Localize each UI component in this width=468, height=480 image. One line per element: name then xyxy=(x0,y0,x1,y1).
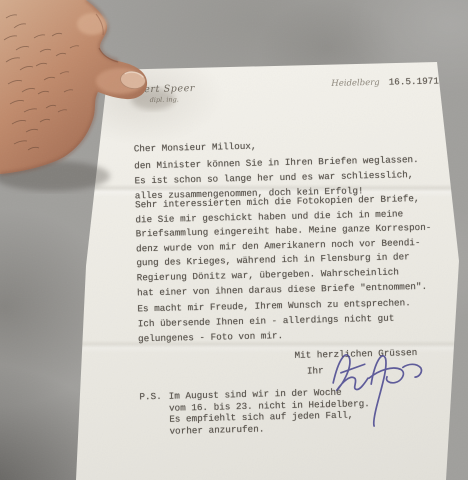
body-paragraph-3: Es macht mir Freude, Ihrem Wunsch zu ent… xyxy=(137,295,411,346)
postscript: P.S. Im August sind wir in der Woche vom… xyxy=(139,386,370,438)
dateline-date: 16.5.1971 xyxy=(389,75,439,87)
knuckle-highlight xyxy=(77,13,107,35)
dateline: Heidelberg 16.5.1971 xyxy=(331,75,439,88)
photo-of-letter: Albert Speer dipl. ing. Heidelberg 16.5.… xyxy=(0,0,468,480)
dateline-place: Heidelberg xyxy=(331,78,380,89)
postscript-lines: Im August sind wir in der Woche vom 16. … xyxy=(169,386,371,437)
closing-pronoun: Ihr xyxy=(307,363,324,378)
hand xyxy=(0,0,180,270)
postscript-label: P.S. xyxy=(139,391,162,438)
